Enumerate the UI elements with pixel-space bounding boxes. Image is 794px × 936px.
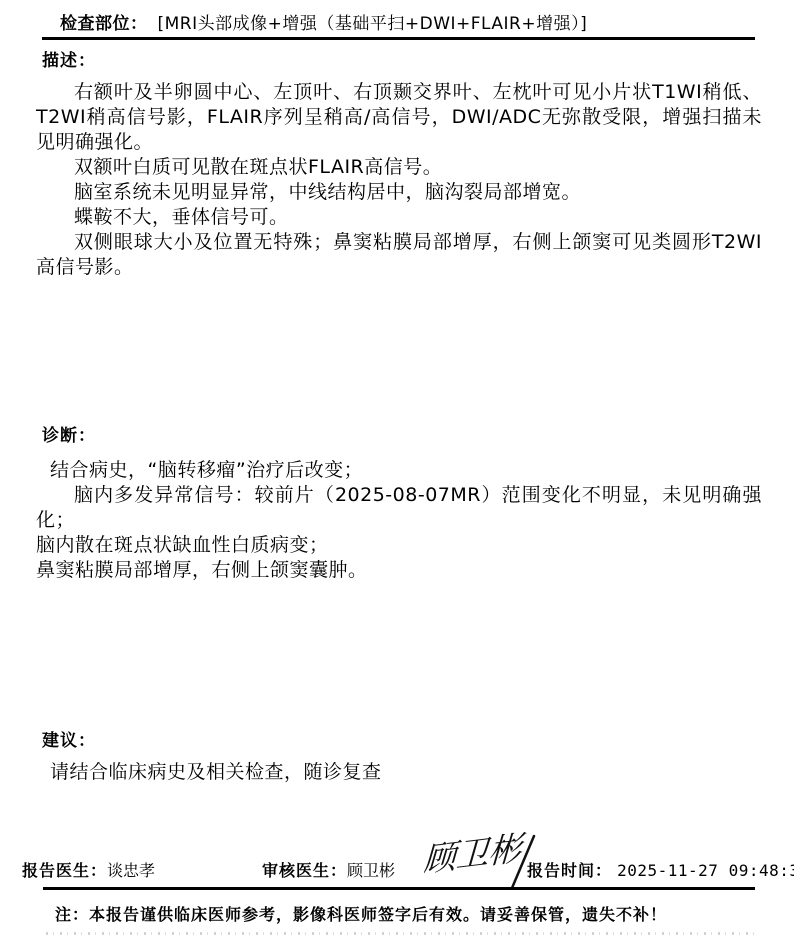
footer-divider [43,887,755,890]
report-doctor: 报告医生：谈忠孝 [22,858,155,881]
clipped-text-remnant [46,932,758,935]
report-doctor-name: 谈忠孝 [107,861,155,880]
diagnosis-section: 诊断： 结合病史，“脑转移瘤”治疗后改变； 脑内多发异常信号：较前片（2025-… [36,421,762,583]
signature-text: 顾卫彬 [424,828,527,880]
suggestion-label: 建议： [42,726,762,751]
report-time: 报告时间： 2025-11-27 09:48:31 [527,858,794,881]
footer-row: 报告医生：谈忠孝 审核医生：顾卫彬 报告时间： 2025-11-27 09:48… [0,856,794,882]
diagnosis-line: 结合病史，“脑转移瘤”治疗后改变； [36,458,762,483]
description-paragraph: 右额叶及半卵圆中心、左顶叶、右顶颞交界叶、左枕叶可见小片状T1WI稍低、T2WI… [36,80,762,155]
description-paragraph: 蝶鞍不大，垂体信号可。 [36,205,762,230]
description-label: 描述： [42,46,762,71]
suggestion-section: 建议： 请结合临床病史及相关检查，随诊复查 [36,726,762,785]
diagnosis-label: 诊断： [42,421,762,446]
review-doctor: 审核医生：顾卫彬 [262,858,395,881]
doctor-signature: 顾卫彬 [424,824,552,890]
review-doctor-name: 顾卫彬 [347,861,395,880]
description-paragraph: 脑室系统未见明显异常，中线结构居中，脑沟裂局部增宽。 [36,180,762,205]
description-section: 描述： 右额叶及半卵圆中心、左顶叶、右顶颞交界叶、左枕叶可见小片状T1WI稍低、… [36,46,762,280]
suggestion-line: 请结合临床病史及相关检查，随诊复查 [36,760,762,785]
description-paragraph: 双额叶白质可见散在斑点状FLAIR高信号。 [36,155,762,180]
signature-strokes: 顾卫彬 [424,828,532,880]
diagnosis-line: 脑内散在斑点状缺血性白质病变； [36,533,762,558]
exam-site-value: [MRI头部成像+增强（基础平扫+DWI+FLAIR+增强）] [158,14,588,34]
exam-site-label: 检查部位： [60,14,148,34]
report-doctor-label: 报告医生： [22,861,107,880]
review-doctor-label: 审核医生： [262,861,347,880]
mri-report-document: { "report": { "exam_site_label": "检查部位："… [0,0,794,936]
diagnosis-line: 脑内多发异常信号：较前片（2025-08-07MR）范围变化不明显，未见明确强化… [36,483,762,533]
header-divider [42,37,755,40]
report-time-value: 2025-11-27 09:48:31 [617,861,794,880]
footer-note: 注：本报告谨供临床医师参考，影像科医师签字后有效。请妥善保管，遗失不补！ [55,902,774,925]
diagnosis-line: 鼻窦粘膜局部增厚，右侧上颌窦囊肿。 [36,558,762,583]
description-paragraph: 双侧眼球大小及位置无特殊；鼻窦粘膜局部增厚，右侧上颌窦可见类圆形T2WI高信号影… [36,230,762,280]
exam-site-row: 检查部位：[MRI头部成像+增强（基础平扫+DWI+FLAIR+增强）] [60,9,774,34]
